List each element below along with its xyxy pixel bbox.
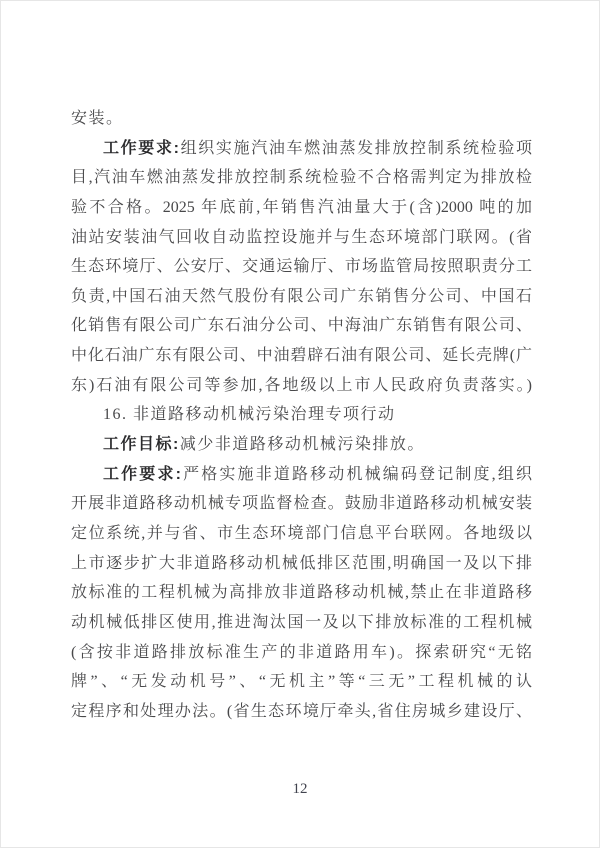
page-number: 12: [1, 779, 599, 799]
body-text: 验不合格。2025 年底前,年销售汽油量大于(含)2000 吨的加: [71, 199, 532, 216]
body-text: (含按非道路排放标准生产的非道路用车)。探索研究“无铭: [71, 644, 532, 661]
section-16-heading: 16. 非道路移动机械污染治理专项行动: [71, 400, 532, 430]
body-text: 严格实施非道路移动机械编码登记制度,组织: [181, 466, 532, 483]
body-line-18: 动机械低排区使用,推进淘汰国一及以下排放标准的工程机械: [71, 608, 532, 638]
body-text: 中化石油广东有限公司、中油碧辟石油有限公司、延长壳牌(广: [71, 347, 532, 364]
body-text: 组织实施汽油车燃油蒸发排放控制系统检验项: [179, 140, 532, 157]
body-line-20: 牌”、“无发动机号”、“无机主”等“三无”工程机械的认: [71, 667, 532, 697]
body-line-19: (含按非道路排放标准生产的非道路用车)。探索研究“无铭: [71, 638, 532, 668]
body-text: 减少非道路移动机械污染排放。: [180, 436, 425, 453]
body-line-15: 定位系统,并与省、市生态环境部门信息平台联网。各地级以: [71, 519, 532, 549]
body-text: 负责,中国石油天然气股份有限公司广东销售分公司、中国石: [71, 288, 532, 305]
body-text: 东)石油有限公司等参加,各地级以上市人民政府负责落实。): [71, 377, 532, 394]
body-text: 化销售有限公司广东石油分公司、中海油广东销售有限公司、: [71, 317, 532, 334]
document-page: 安装。工作要求:组织实施汽油车燃油蒸发排放控制系统检验项目,汽油车燃油蒸发排放控…: [0, 0, 600, 848]
body-line-8: 化销售有限公司广东石油分公司、中海油广东销售有限公司、: [71, 311, 532, 341]
body-text: 开展非道路移动机械专项监督检查。鼓励非道路移动机械安装: [71, 495, 532, 512]
bold-label: 工作目标:: [103, 436, 180, 453]
body-text: 定位系统,并与省、市生态环境部门信息平台联网。各地级以: [71, 525, 532, 542]
bold-label: 工作要求:: [103, 140, 179, 157]
work-requirement-line: 工作要求:组织实施汽油车燃油蒸发排放控制系统检验项: [71, 134, 532, 164]
body-text: 16. 非道路移动机械污染治理专项行动: [103, 406, 396, 423]
body-text: 生态环境厅、公安厅、交通运输厅、市场监管局按照职责分工: [71, 258, 532, 275]
bold-label: 工作要求:: [103, 466, 181, 483]
body-line-14: 开展非道路移动机械专项监督检查。鼓励非道路移动机械安装: [71, 489, 532, 519]
body-line-10: 东)石油有限公司等参加,各地级以上市人民政府负责落实。): [71, 371, 532, 401]
body-text: 安装。: [71, 110, 124, 127]
work-requirement-line-2: 工作要求:严格实施非道路移动机械编码登记制度,组织: [71, 460, 532, 490]
body-line-7: 负责,中国石油天然气股份有限公司广东销售分公司、中国石: [71, 282, 532, 312]
body-line-5: 油站安装油气回收自动监控设施并与生态环境部门联网。(省: [71, 223, 532, 253]
body-line-16: 上市逐步扩大非道路移动机械低排区范围,明确国一及以下排: [71, 549, 532, 579]
body-text: 油站安装油气回收自动监控设施并与生态环境部门联网。(省: [71, 229, 532, 246]
body-text: 牌”、“无发动机号”、“无机主”等“三无”工程机械的认: [71, 673, 532, 690]
body-line-4: 验不合格。2025 年底前,年销售汽油量大于(含)2000 吨的加: [71, 193, 532, 223]
body-line-9: 中化石油广东有限公司、中油碧辟石油有限公司、延长壳牌(广: [71, 341, 532, 371]
body-line-17: 放标准的工程机械为高排放非道路移动机械,禁止在非道路移: [71, 578, 532, 608]
body-line-6: 生态环境厅、公安厅、交通运输厅、市场监管局按照职责分工: [71, 252, 532, 282]
document-text-block: 安装。工作要求:组织实施汽油车燃油蒸发排放控制系统检验项目,汽油车燃油蒸发排放控…: [71, 104, 532, 726]
body-line-21: 定程序和处理办法。(省生态环境厅牵头,省住房城乡建设厅、: [71, 697, 532, 727]
body-line-1: 安装。: [71, 104, 532, 134]
body-text: 目,汽油车燃油蒸发排放控制系统检验不合格需判定为排放检: [71, 169, 532, 186]
body-text: 定程序和处理办法。(省生态环境厅牵头,省住房城乡建设厅、: [71, 703, 532, 720]
body-text: 动机械低排区使用,推进淘汰国一及以下排放标准的工程机械: [71, 614, 532, 631]
work-goal-line: 工作目标:减少非道路移动机械污染排放。: [71, 430, 532, 460]
body-line-3: 目,汽油车燃油蒸发排放控制系统检验不合格需判定为排放检: [71, 163, 532, 193]
body-text: 上市逐步扩大非道路移动机械低排区范围,明确国一及以下排: [71, 555, 532, 572]
body-text: 放标准的工程机械为高排放非道路移动机械,禁止在非道路移: [71, 584, 532, 601]
